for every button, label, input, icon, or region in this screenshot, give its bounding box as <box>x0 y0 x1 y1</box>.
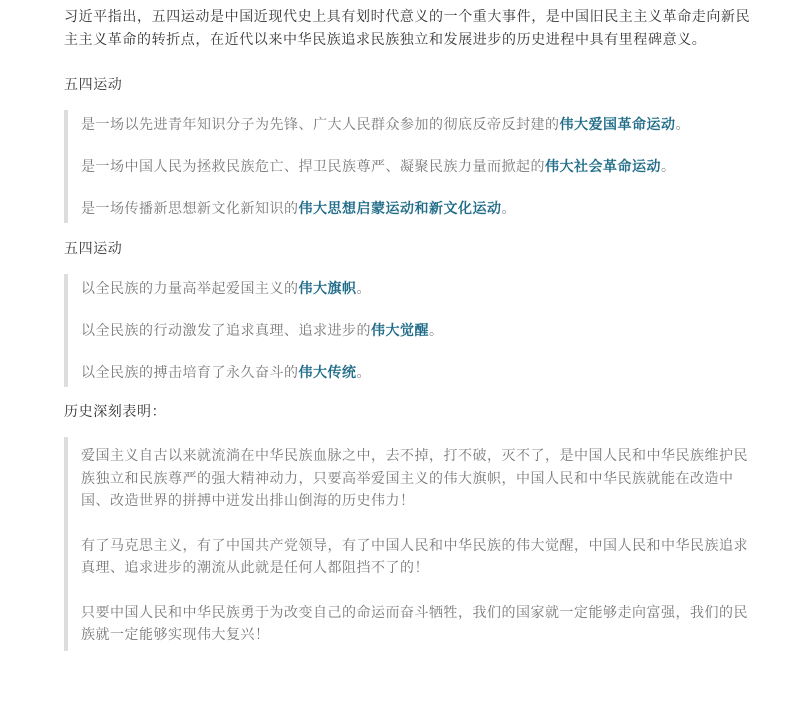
section-heading-may-fourth-1: 五四运动 <box>64 74 754 96</box>
intro-paragraph: 习近平指出，五四运动是中国近现代史上具有划时代意义的一个重大事件，是中国旧民主主… <box>64 6 754 52</box>
article-content: 习近平指出，五四运动是中国近现代史上具有划时代意义的一个重大事件，是中国旧民主主… <box>64 0 754 651</box>
section-heading-may-fourth-2: 五四运动 <box>64 238 754 260</box>
highlight-text: 伟大社会革命运动 <box>545 159 661 175</box>
quote-paragraph: 爱国主义自古以来就流淌在中华民族血脉之中，去不掉，打不破，灭不了，是中国人民和中… <box>81 445 754 513</box>
quote-item: 是一场以先进青年知识分子为先锋、广大人民群众参加的彻底反帝反封建的伟大爱国革命运… <box>81 114 754 136</box>
quote-paragraph: 只要中国人民和中华民族勇于为改变自己的命运而奋斗牺牲，我们的国家就一定能够走向富… <box>81 602 754 647</box>
quote-item: 是一场传播新思想新文化新知识的伟大思想启蒙运动和新文化运动。 <box>81 198 754 220</box>
quote-item: 以全民族的力量高举起爱国主义的伟大旗帜。 <box>81 278 754 300</box>
quote-item: 是一场中国人民为拯救民族危亡、捍卫民族尊严、凝聚民族力量而掀起的伟大社会革命运动… <box>81 156 754 178</box>
quote-item: 以全民族的行动激发了追求真理、追求进步的伟大觉醒。 <box>81 320 754 342</box>
highlight-text: 伟大觉醒 <box>371 323 429 339</box>
blockquote-history-lessons: 爱国主义自古以来就流淌在中华民族血脉之中，去不掉，打不破，灭不了，是中国人民和中… <box>64 437 754 651</box>
quote-item: 以全民族的搏击培育了永久奋斗的伟大传统。 <box>81 362 754 384</box>
highlight-text: 伟大旗帜 <box>299 281 357 297</box>
highlight-text: 伟大爱国革命运动 <box>560 117 676 133</box>
blockquote-may-fourth-legacy: 以全民族的力量高举起爱国主义的伟大旗帜。 以全民族的行动激发了追求真理、追求进步… <box>64 274 754 387</box>
blockquote-may-fourth-nature: 是一场以先进青年知识分子为先锋、广大人民群众参加的彻底反帝反封建的伟大爱国革命运… <box>64 110 754 223</box>
section-heading-history-shows: 历史深刻表明： <box>64 401 754 423</box>
highlight-text: 伟大思想启蒙运动和新文化运动 <box>299 201 502 217</box>
highlight-text: 伟大传统 <box>299 365 357 381</box>
quote-paragraph: 有了马克思主义，有了中国共产党领导，有了中国人民和中华民族的伟大觉醒，中国人民和… <box>81 535 754 580</box>
